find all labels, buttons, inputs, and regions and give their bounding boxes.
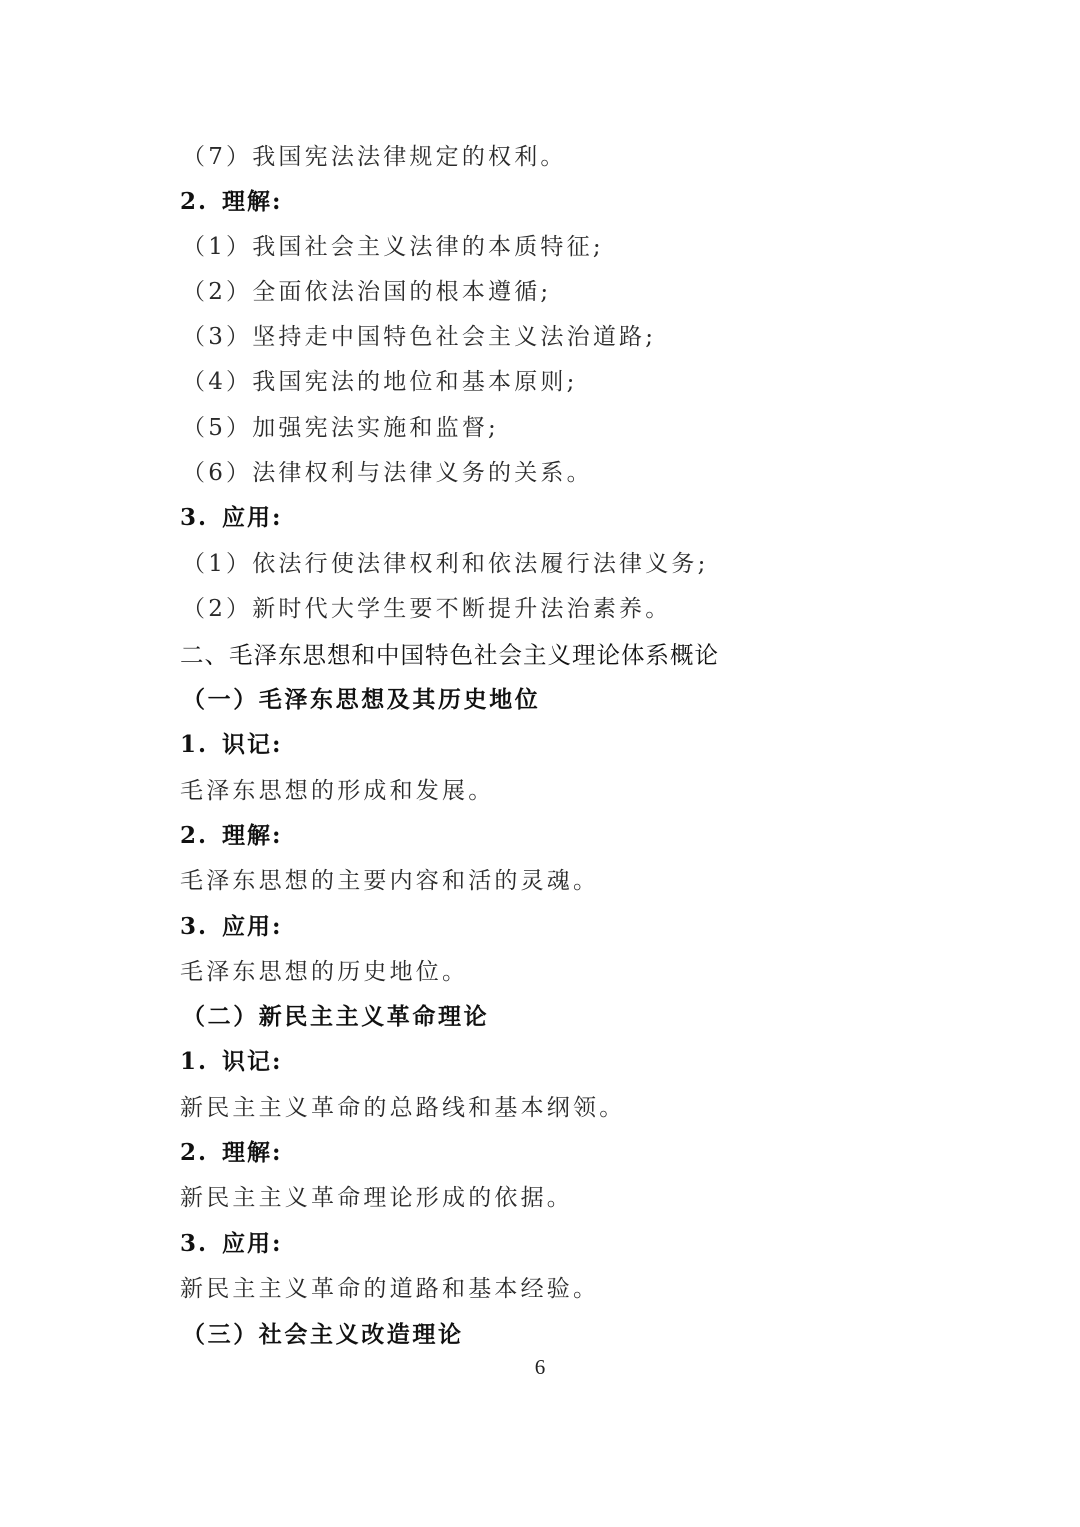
heading-number: 3. — [180, 498, 208, 538]
list-item: （6）法律权利与法律义务的关系。 — [182, 453, 593, 493]
list-item: （2）新时代大学生要不断提升法治素养。 — [182, 589, 671, 629]
subsection-heading-memorize: 1.识记: — [180, 1042, 283, 1082]
heading-number: 1. — [180, 725, 208, 765]
list-item: （1）我国社会主义法律的本质特征; — [182, 227, 604, 267]
subsection-heading-understand: 2.理解: — [180, 816, 283, 856]
heading-label: 理解: — [222, 188, 283, 215]
subsection-heading-apply: 3.应用: — [180, 907, 283, 947]
body-text: 新民主主义革命理论形成的依据。 — [180, 1178, 573, 1218]
body-text: 新民主主义革命的道路和基本经验。 — [180, 1269, 599, 1309]
heading-number: 3. — [180, 1224, 208, 1264]
heading-label: 理解: — [222, 1139, 283, 1166]
list-item: （1）依法行使法律权利和依法履行法律义务; — [182, 544, 709, 584]
heading-label: 应用: — [222, 1230, 283, 1257]
body-text: 毛泽东思想的主要内容和活的灵魂。 — [180, 861, 599, 901]
heading-number: 2. — [180, 816, 208, 856]
document-page: （7）我国宪法法律规定的权利。 2.理解: （1）我国社会主义法律的本质特征; … — [0, 0, 1080, 1527]
heading-number: 1. — [180, 1042, 208, 1082]
heading-number: 2. — [180, 1133, 208, 1173]
list-item: （4）我国宪法的地位和基本原则; — [182, 362, 578, 402]
heading-label: 应用: — [222, 913, 283, 940]
heading-label: 识记: — [222, 1048, 283, 1075]
body-text: 毛泽东思想的形成和发展。 — [180, 771, 494, 811]
subsection-heading-memorize: 1.识记: — [180, 725, 283, 765]
body-text: 新民主主义革命的总路线和基本纲领。 — [180, 1088, 625, 1128]
heading-number: 3. — [180, 907, 208, 947]
list-item: （3）坚持走中国特色社会主义法治道路; — [182, 317, 656, 357]
subsection-heading-understand: 2.理解: — [180, 1133, 283, 1173]
chapter-heading-socialist-transformation: （三）社会主义改造理论 — [182, 1315, 464, 1355]
subsection-heading-apply: 3.应用: — [180, 1224, 283, 1264]
subsection-heading-apply: 3.应用: — [180, 498, 283, 538]
heading-label: 识记: — [222, 731, 283, 758]
list-item-rights: （7）我国宪法法律规定的权利。 — [182, 137, 567, 177]
page-number: 6 — [0, 1355, 1080, 1380]
body-text: 毛泽东思想的历史地位。 — [180, 952, 468, 992]
chapter-heading-mao-thought: （一）毛泽东思想及其历史地位 — [182, 680, 540, 720]
heading-label: 应用: — [222, 504, 283, 531]
subsection-heading-understand: 2.理解: — [180, 182, 283, 222]
heading-number: 2. — [180, 182, 208, 222]
heading-label: 理解: — [222, 822, 283, 849]
section-heading-mao-theory: 二、毛泽东思想和中国特色社会主义理论体系概论 — [180, 635, 719, 675]
chapter-heading-new-democratic-revolution: （二）新民主主义革命理论 — [182, 997, 489, 1037]
list-item: （2）全面依法治国的根本遵循; — [182, 272, 551, 312]
list-item: （5）加强宪法实施和监督; — [182, 408, 499, 448]
